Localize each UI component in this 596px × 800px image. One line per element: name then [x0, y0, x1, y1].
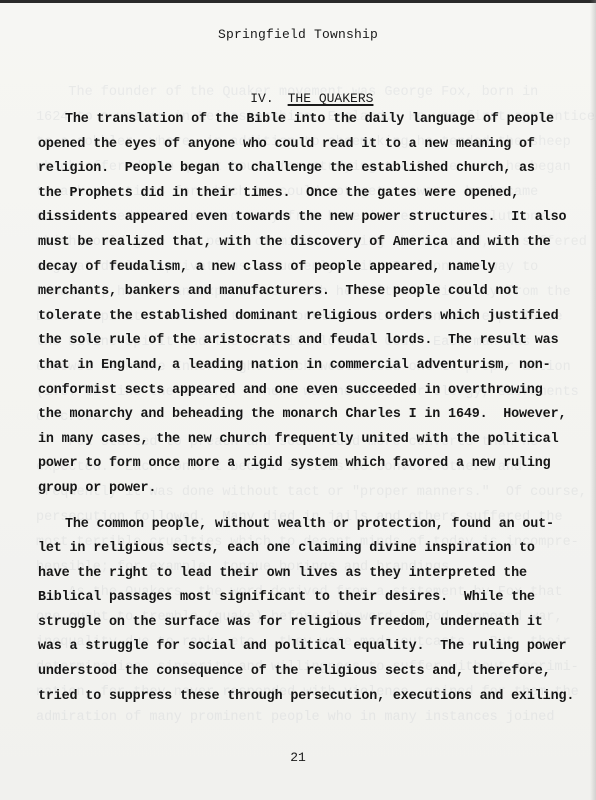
- text-line: dissidents appeared even towards the new…: [38, 206, 578, 231]
- text-line: group or power.: [38, 477, 578, 502]
- section-number: IV.: [250, 91, 273, 106]
- text-line: struggle on the surface was for religiou…: [38, 611, 578, 636]
- text-line: the monarchy and beheading the monarch C…: [38, 403, 578, 428]
- text-line: let in religious sects, each one claimin…: [38, 537, 578, 562]
- text-line: in many cases, the new church frequently…: [38, 428, 578, 453]
- page-number: 21: [0, 750, 596, 765]
- text-line: have the right to lead their own lives a…: [38, 562, 578, 587]
- text-line: understood the consequence of the religi…: [38, 660, 578, 685]
- text-line: must be realized that, with the discover…: [38, 231, 578, 256]
- scan-top-edge: [0, 0, 596, 3]
- text-line: that in England, a leading nation in com…: [38, 354, 578, 379]
- section-title: THE QUAKERS: [288, 91, 374, 106]
- text-line: The translation of the Bible into the da…: [38, 108, 578, 133]
- text-line: decay of feudalism, a new class of peopl…: [38, 256, 578, 281]
- text-line: the sole rule of the aristocrats and feu…: [38, 329, 578, 354]
- text-line: religion. People began to challenge the …: [38, 157, 578, 182]
- text-line: Biblical passages most significant to th…: [38, 586, 578, 611]
- running-head: Springfield Township: [0, 27, 596, 42]
- text-line: opened the eyes of anyone who could read…: [38, 133, 578, 158]
- paragraph: The translation of the Bible into the da…: [38, 108, 578, 502]
- body-text: The translation of the Bible into the da…: [38, 108, 578, 709]
- document-page: The founder of the Quaker movement was G…: [0, 0, 596, 800]
- text-line: tried to suppress these through persecut…: [38, 685, 578, 710]
- paragraph-gap: [38, 502, 578, 513]
- text-line: merchants, bankers and manufacturers. Th…: [38, 280, 578, 305]
- text-line: the Prophets did in their times. Once th…: [38, 182, 578, 207]
- text-line: conformist sects appeared and one even s…: [38, 379, 578, 404]
- text-line: tolerate the established dominant religi…: [38, 305, 578, 330]
- text-line: power to form once more a rigid system w…: [38, 452, 578, 477]
- text-line: The common people, without wealth or pro…: [38, 513, 578, 538]
- text-line: was a struggle for social and political …: [38, 635, 578, 660]
- paragraph: The common people, without wealth or pro…: [38, 513, 578, 710]
- scan-right-edge: [590, 0, 596, 800]
